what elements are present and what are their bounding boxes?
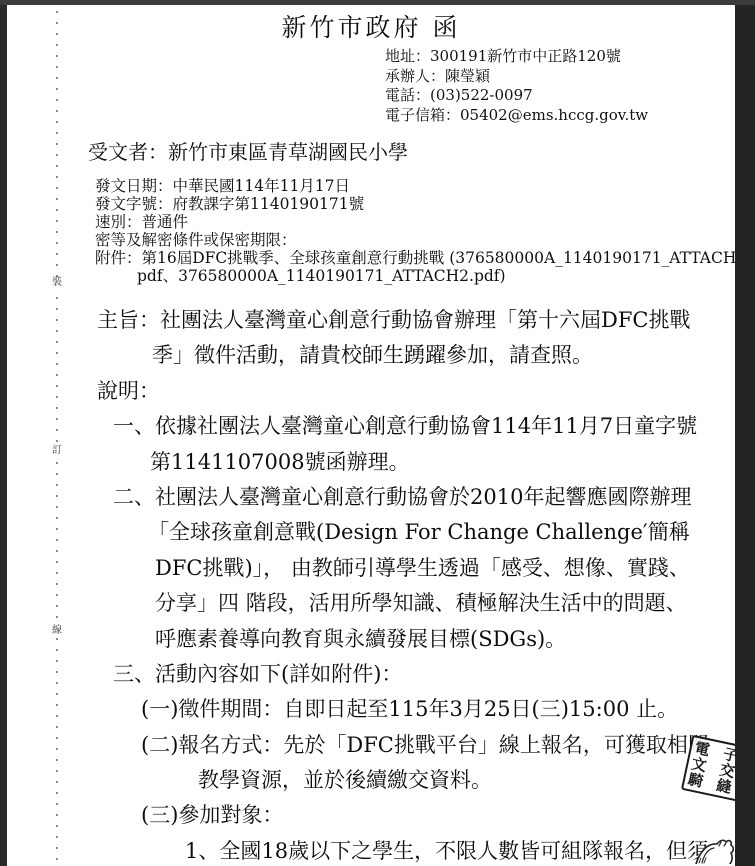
body-line: (三)參加對象： bbox=[141, 798, 735, 833]
body-line: 分享」四 階段，活用所學知識、積極解決生活中的問題、 bbox=[155, 586, 735, 621]
page-title: 新竹市政府 函 bbox=[7, 8, 735, 44]
meta-line: 附件：第16屆DFC挑戰季、全球孩童創意行動挑戰 (376580000A_114… bbox=[95, 249, 735, 267]
meta-line: 發文日期：中華民國114年11月17日 bbox=[95, 177, 735, 195]
meta-line: 速別：普通件 bbox=[95, 213, 735, 231]
meta-line: pdf、376580000A_1140190171_ATTACH2.pdf) bbox=[137, 267, 735, 285]
sender-info-block: 地址：300191新竹市中正路120號承辦人：陳瑩穎電話：(03)522-009… bbox=[385, 47, 648, 125]
document-page: 裝訂線 新竹市政府 函 地址：300191新竹市中正路120號承辦人：陳瑩穎電話… bbox=[7, 5, 735, 866]
body-line: 三、活動內容如下(詳如附件)： bbox=[113, 657, 735, 692]
body-line: DFC挑戰)」， 由教師引導學生透過「感受、想像、實踐、 bbox=[155, 551, 735, 586]
body-line: 第1141107008號函辦理。 bbox=[150, 445, 735, 480]
body-line: (二)報名方式：先於「DFC挑戰平台」線上報名，可獲取相關 bbox=[141, 728, 735, 763]
body-line: 「全球孩童創意戰(Design For Change Challenge′簡稱 bbox=[148, 515, 735, 550]
binding-mark: 裝 bbox=[50, 277, 64, 289]
body-line: 主旨：社團法人臺灣童心創意行動協會辦理「第十六屆DFC挑戰 bbox=[97, 303, 735, 338]
body-line: 1、全國18歲以下之學生，不限人數皆可組隊報名，但須 bbox=[185, 834, 735, 866]
scan-top-border bbox=[0, 0, 755, 5]
body-line: 說明： bbox=[97, 374, 735, 409]
meta-line: 密等及解密條件或保密期限： bbox=[95, 231, 735, 249]
sender-info-line: 地址：300191新竹市中正路120號 bbox=[385, 47, 648, 67]
sender-info-line: 電子信箱：05402@ems.hccg.gov.tw bbox=[385, 106, 648, 126]
sender-info-line: 承辦人：陳瑩穎 bbox=[385, 67, 648, 87]
sender-info-line: 電話：(03)522-0097 bbox=[385, 86, 648, 106]
body-line: 教學資源，並於後續繳交資料。 bbox=[198, 763, 735, 798]
partial-stamp-graphic bbox=[693, 838, 735, 864]
meta-line: 發文字號：府教課字第1140190171號 bbox=[95, 195, 735, 213]
body-line: 呼應素養導向教育與永續發展目標(SDGs)。 bbox=[155, 622, 735, 657]
body-line: 一、依據社團法人臺灣童心創意行動協會114年11月7日童字號 bbox=[113, 409, 735, 444]
letter-body: 主旨：社團法人臺灣童心創意行動協會辦理「第十六屆DFC挑戰季」徵件活動，請貴校師… bbox=[7, 303, 735, 866]
document-meta-block: 發文日期：中華民國114年11月17日發文字號：府教課字第1140190171號… bbox=[95, 177, 735, 285]
body-line: 二、社團法人臺灣童心創意行動協會於2010年起響應國際辦理 bbox=[113, 480, 735, 515]
scan-right-border bbox=[735, 0, 755, 866]
recipient-line: 受文者：新竹市東區青草湖國民小學 bbox=[88, 136, 408, 165]
body-line: 季」徵件活動，請貴校師生踴躍參加，請查照。 bbox=[152, 338, 735, 373]
body-line: (一)徵件期間：自即日起至115年3月25日(三)15:00 止。 bbox=[141, 692, 735, 727]
